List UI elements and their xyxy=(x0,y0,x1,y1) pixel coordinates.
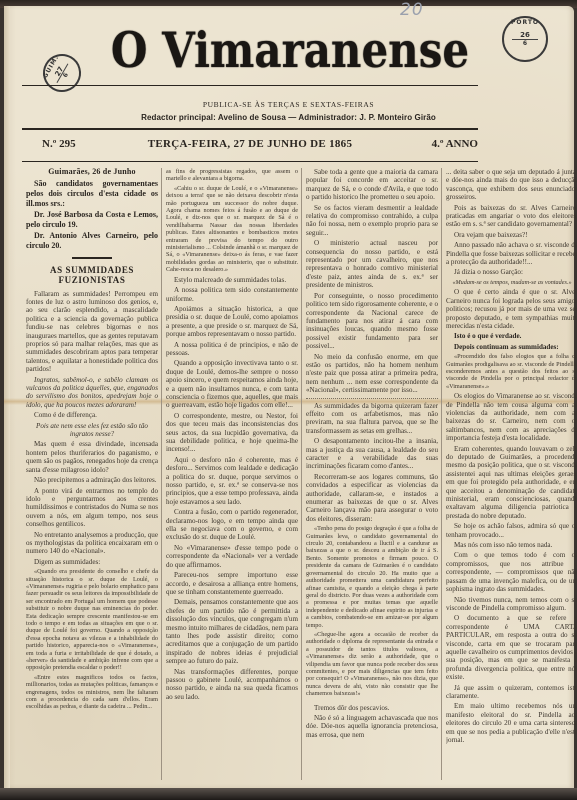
article-paragraph: Sabe toda a gente que a maioria da camar… xyxy=(306,168,438,202)
article-quoted-text: «Cahiu o sr. duque de Loulé, e o «Vimara… xyxy=(166,185,298,274)
article-paragraph: Já que assim o quizeram, contemos isto c… xyxy=(446,684,577,701)
article-quoted-text: as fins de progressistas regados, que as… xyxy=(166,168,298,183)
article-paragraph: Demais, pensamos constantemente que aos … xyxy=(166,598,298,665)
column-separator xyxy=(301,168,302,780)
article-paragraph: As summidades da bigorna quizeram fazer … xyxy=(306,402,438,436)
article-quoted-text: «Procendido dos falso elogios que a folh… xyxy=(446,353,577,390)
article-paragraph: Como é de differença. xyxy=(26,411,158,419)
article-quoted-text: «Quando era presidente do conselho e che… xyxy=(26,568,158,672)
column-separator xyxy=(441,168,442,780)
article-paragraph: Mas nós com isso não temos nada. xyxy=(446,541,577,549)
article-paragraph: Anno passado não achava o sr. visconde d… xyxy=(446,241,577,266)
article-paragraph: Digem as summidades: xyxy=(26,558,158,566)
postmark-month: 6 xyxy=(504,40,546,47)
article-quoted-text: «Entre estes magnificos todos os factos,… xyxy=(26,674,158,711)
postmark-city: PORTO xyxy=(504,19,546,26)
candidates-notice: São candidatos governamentaes pelos dois… xyxy=(26,179,158,208)
article-paragraph: A nossa politica é de principios, e não … xyxy=(166,341,298,358)
article-paragraph: Quando a opposição invectivava tanto o s… xyxy=(166,359,298,409)
section-divider xyxy=(72,257,112,259)
article-paragraph: Pois as baixezas do sr. Alves Carneiro, … xyxy=(446,204,577,229)
candidate-circle-19: Dr. José Barbosa da Costa e Lemos, pelo … xyxy=(26,210,158,229)
article-paragraph: Depois continuam as summidades: xyxy=(446,343,577,351)
article-paragraph: Os elogios do Vimaranense ao sr. viscond… xyxy=(446,392,577,442)
article-paragraph: Mas quem é essa divindade, incensada hon… xyxy=(26,440,158,474)
article-paragraph: Tremos dôr dos pescavios. xyxy=(306,704,438,712)
article-paragraph: Aqui o desforo não é coherente, mas é de… xyxy=(166,456,298,506)
article-paragraph: Nas transformações differentes, porque p… xyxy=(166,668,298,702)
article-paragraph: Ingratos, sabêmol-o, e sabêlo clamam os … xyxy=(26,376,158,410)
article-paragraph: Por conseguinte, o nosso procedimento po… xyxy=(306,292,438,351)
article-paragraph: Contra a fusão, com o partido regenerado… xyxy=(166,508,298,542)
scan-border-bottom xyxy=(0,788,577,800)
article-paragraph: Pareceu-nos sempre importuno esse accord… xyxy=(166,571,298,596)
column-3: Sabe toda a gente que a maioria da camar… xyxy=(306,168,438,778)
article-paragraph: O correspondente, mestre, ou Nestor, foi… xyxy=(166,412,298,454)
article-paragraph: Não precipitemos a admiração dos leitore… xyxy=(26,476,158,484)
page-binding-edge xyxy=(4,6,10,788)
article-quoted-text: «Chegue-lhe agora a occasião de receber … xyxy=(306,631,438,698)
article-quote: «Mudam-se os tempos, mudam-se as vontade… xyxy=(446,279,577,286)
article-paragraph: Apoiámos a situação historica, a que pre… xyxy=(166,305,298,339)
article-paragraph: O desapontamento incitou-lhe a insania, … xyxy=(306,437,438,471)
article-paragraph: Não tivemos nunca, nem temos com o sr. v… xyxy=(446,596,577,613)
article-paragraph: No entretanto analysemos a producção, qu… xyxy=(26,531,158,556)
masthead-underline xyxy=(22,85,478,86)
local-dateline: Guimarães, 26 de Junho xyxy=(26,168,158,176)
article-paragraph: Recorreram-se aos logares communs, tão c… xyxy=(306,473,438,523)
article-paragraph: Já dizia o nosso Garção: xyxy=(446,268,577,276)
porto-postmark-stamp: PORTO 26 6 xyxy=(502,16,548,62)
column-separator xyxy=(161,168,162,780)
article-paragraph: Isto é o que é verdade. xyxy=(446,332,577,340)
column-4: ... deita saber o que seja um deputado á… xyxy=(446,168,577,778)
article-paragraph: Ora vejam que baixezas?! xyxy=(446,231,577,239)
article-quoted-text: «Tenho pena do posigo degração é que a f… xyxy=(306,525,438,629)
article-paragraph: Em maio ultimo recebemos nós um manifest… xyxy=(446,702,577,744)
article-paragraph: No meio da confusão enorme, em que estão… xyxy=(306,353,438,395)
editorial-staff-line: Redactor principal: Avelino de Sousa — A… xyxy=(0,113,577,122)
article-paragraph: O que é certo ainda é que o sr. Alves Ca… xyxy=(446,288,577,330)
article-paragraph: Eram coherentes, quando louvavam o zelo … xyxy=(446,445,577,521)
archive-pencil-note: 20 xyxy=(400,0,424,20)
article-paragraph: Se hoje os achão falsos, admira só que o… xyxy=(446,522,577,539)
header-rule-top xyxy=(22,128,478,130)
issue-date: TERÇA-FEIRA, 27 DE JUNHO DE 1865 xyxy=(22,138,478,150)
article-paragraph: No «Vimaranense» d'esse tempo pode o cor… xyxy=(166,544,298,569)
dotted-divider xyxy=(306,398,438,399)
issue-year: 4.º ANNO xyxy=(432,138,478,150)
article-paragraph: A ponto virá de entrarmos no templo do i… xyxy=(26,487,158,529)
header-rule-bottom xyxy=(22,161,478,162)
newspaper-masthead-title: O Vimaranense xyxy=(100,22,480,78)
article-paragraph: Se os factos vieram desmentir a lealdade… xyxy=(306,204,438,238)
article-paragraph: Não é só a linguagem achavascada que nos… xyxy=(306,714,438,739)
article-paragraph: Fallaram as summidades! Perrompeu em fon… xyxy=(26,290,158,374)
candidate-circle-20: Dr. Antonio Alves Carneiro, pelo circulo… xyxy=(26,231,158,250)
article-quote: Pois ate nem esse eles fez estão são tão… xyxy=(26,422,158,439)
article-paragraph: O documento a que se refere o correspond… xyxy=(446,614,577,681)
postmark-day: 26 xyxy=(504,31,546,39)
article-paragraph: Estylo malcreado de summidades tolas. xyxy=(166,276,298,284)
column-1: Guimarães, 26 de Junho São candidatos go… xyxy=(26,168,158,778)
article-paragraph: Com o que temos todo é com os compromiss… xyxy=(446,551,577,593)
article-paragraph: ... deita saber o que seja um deputado á… xyxy=(446,168,577,202)
publication-schedule: PUBLICA-SE ÀS TERÇAS E SEXTAS-FEIRAS xyxy=(0,100,577,109)
article-paragraph: O ministerio actual nasceu por consequen… xyxy=(306,239,438,289)
article-paragraph: A nossa politica tem sido constantemente… xyxy=(166,286,298,303)
article-headline: AS SUMMIDADES FUZIONISTAS xyxy=(26,265,158,285)
article-columns: Guimarães, 26 de Junho São candidatos go… xyxy=(22,168,577,778)
column-2: as fins de progressistas regados, que as… xyxy=(166,168,298,778)
issue-dateline: N.º 295 TERÇA-FEIRA, 27 DE JUNHO DE 1865… xyxy=(22,136,478,154)
